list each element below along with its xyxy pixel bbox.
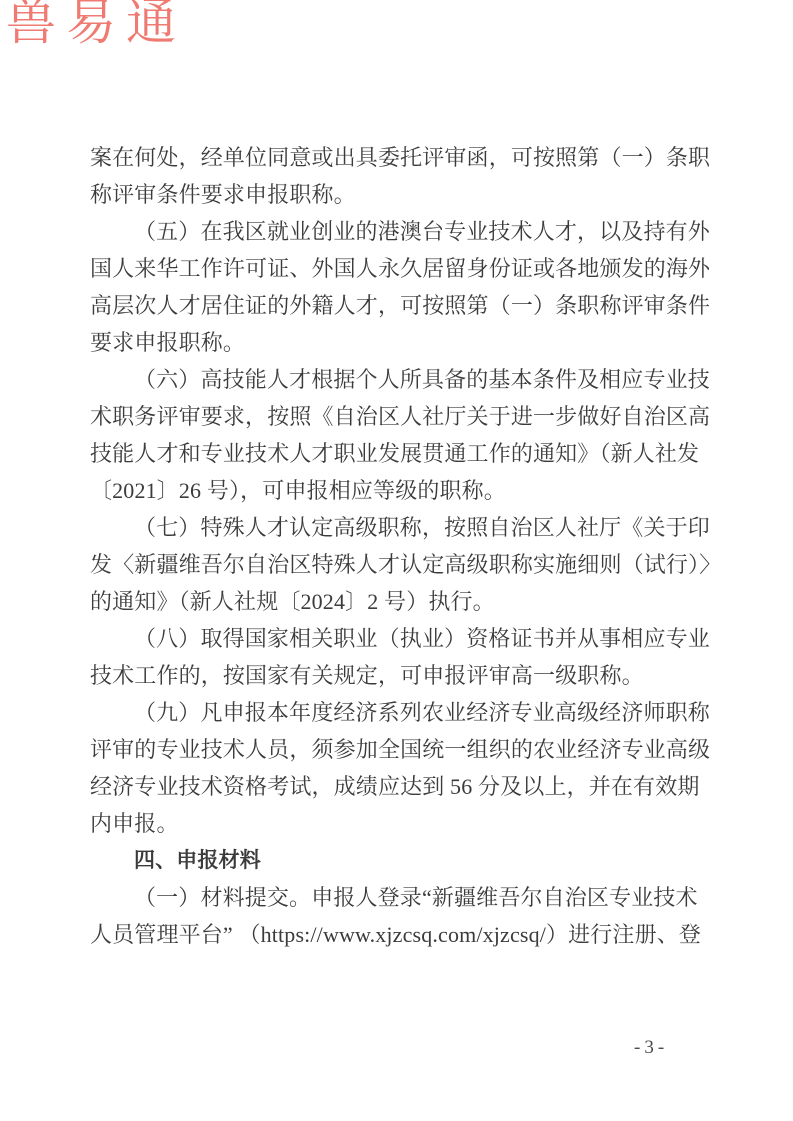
document-content: 案在何处，经单位同意或出具委托评审函，可按照第（一）条职称评审条件要求申报职称。… [90,139,714,953]
text-line-22: 人员管理平台” （https://www.xjzcsq.com/xjzcsq/）… [90,916,714,953]
text-line-16: （九）凡申报本年度经济系列农业经济专业高级经济师职称 [90,694,714,731]
text-line-3: （五）在我区就业创业的港澳台专业技术人才，以及持有外 [90,213,714,250]
text-line-21: （一）材料提交。申报人登录“新疆维吾尔自治区专业技术 [90,879,714,916]
text-line-6: 要求申报职称。 [90,324,714,361]
watermark-logo: 兽易通 [6,0,186,52]
page-number: -3- [634,1037,668,1059]
text-line-9: 技能人才和专业技术人才职业发展贯通工作的通知》（新人社发 [90,435,714,472]
text-line-2: 称评审条件要求申报职称。 [90,176,714,213]
text-line-12: 发〈新疆维吾尔自治区特殊人才认定高级职称实施细则（试行）〉 [90,546,714,583]
text-line-4: 国人来华工作许可证、外国人永久居留身份证或各地颁发的海外 [90,250,714,287]
text-line-7: （六）高技能人才根据个人所具备的基本条件及相应专业技 [90,361,714,398]
text-line-20: 四、申报材料 [90,842,714,879]
text-line-10: 〔2021〕26 号），可申报相应等级的职称。 [90,472,714,509]
text-line-5: 高层次人才居住证的外籍人才，可按照第（一）条职称评审条件 [90,287,714,324]
text-line-19: 内申报。 [90,805,714,842]
text-line-1: 案在何处，经单位同意或出具委托评审函，可按照第（一）条职 [90,139,714,176]
text-line-11: （七）特殊人才认定高级职称，按照自治区人社厅《关于印 [90,509,714,546]
text-line-8: 术职务评审要求，按照《自治区人社厅关于进一步做好自治区高 [90,398,714,435]
scanned-document-page: 兽易通 案在何处，经单位同意或出具委托评审函，可按照第（一）条职称评审条件要求申… [0,0,793,1121]
text-line-14: （八）取得国家相关职业（执业）资格证书并从事相应专业 [90,620,714,657]
text-line-18: 经济专业技术资格考试，成绩应达到 56 分及以上，并在有效期 [90,768,714,805]
text-line-17: 评审的专业技术人员，须参加全国统一组织的农业经济专业高级 [90,731,714,768]
text-line-13: 的通知》（新人社规〔2024〕2 号）执行。 [90,583,714,620]
text-line-15: 技术工作的，按国家有关规定，可申报评审高一级职称。 [90,657,714,694]
